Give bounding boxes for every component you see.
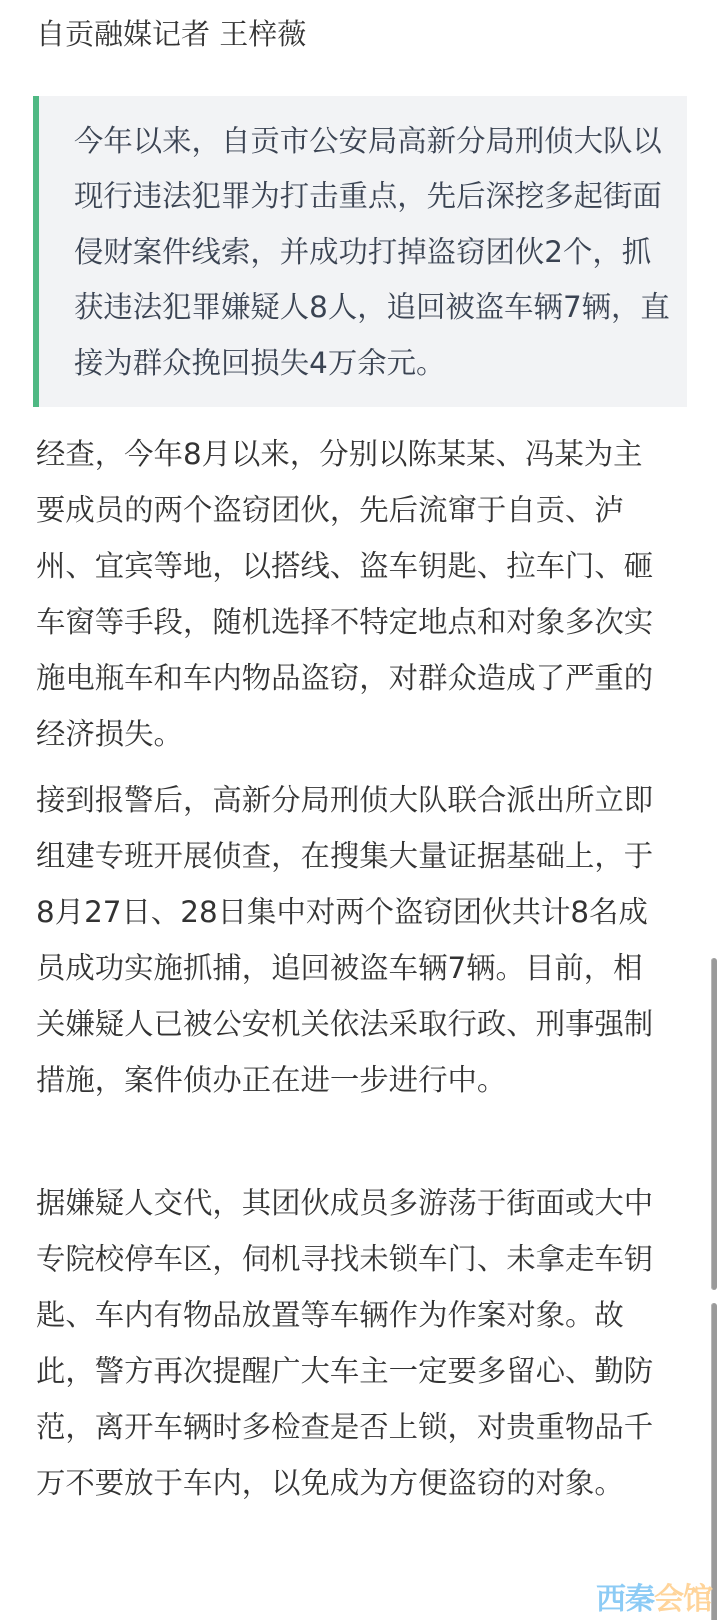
summary-quote-block: 今年以来，自贡市公安局高新分局刑侦大队以现行违法犯罪为打击重点，先后深挖多起街面… (33, 96, 687, 407)
article-paragraph: 经查，今年8月以来，分别以陈某某、冯某为主要成员的两个盗窃团伙，先后流窜于自贡、… (36, 426, 670, 762)
watermark-text-orange: 会馆 (654, 1582, 712, 1617)
article-paragraph: 接到报警后，高新分局刑侦大队联合派出所立即组建专班开展侦查，在搜集大量证据基础上… (36, 772, 670, 1108)
scrollbar-thumb[interactable] (711, 1303, 717, 1620)
summary-quote-text: 今年以来，自贡市公安局高新分局刑侦大队以现行违法犯罪为打击重点，先后深挖多起街面… (74, 114, 676, 391)
byline: 自贡融媒记者 王梓薇 (36, 12, 306, 56)
scrollbar-thumb[interactable] (711, 958, 717, 1290)
watermark-text-blue: 西秦 (596, 1582, 654, 1617)
watermark-logo: 西秦会馆 (596, 1583, 712, 1617)
article-paragraph: 据嫌疑人交代，其团伙成员多游荡于街面或大中专院校停车区，伺机寻找未锁车门、未拿走… (36, 1175, 670, 1511)
